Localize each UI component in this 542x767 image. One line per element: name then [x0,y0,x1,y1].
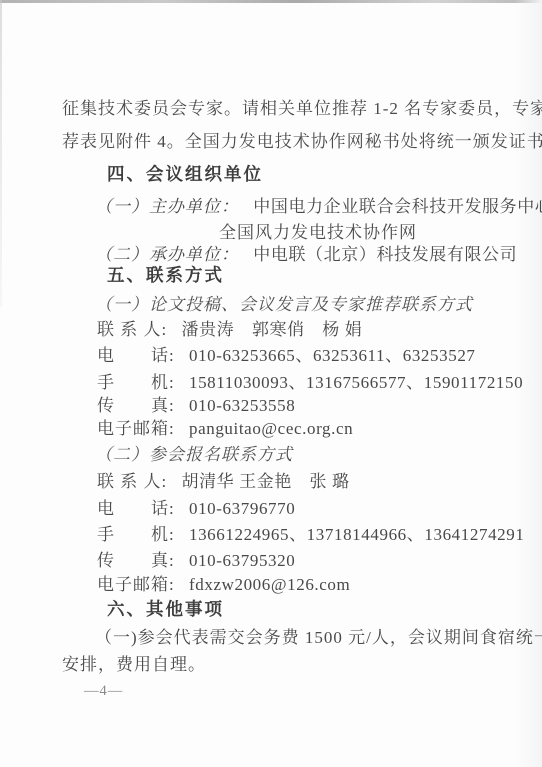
contact-row: 电子邮箱: fdxzw2006@126.com [97,570,350,595]
contact-row: 电子邮箱: panguitao@cec.org.cn [97,414,353,439]
section4-host-row: （一）主办单位： 中国电力企业联合会科技开发服务中心 [95,192,542,217]
contact-row: 联 系 人: 潘贵涛 郭寒俏 杨 娟 [97,315,362,340]
section5-heading: 五、联系方式 [107,262,224,287]
contact-label: 联 系 人: [97,315,167,340]
scan-edge-artifact [0,0,542,3]
section6-line-2: 安排，费用自理。 [62,650,206,675]
contact-value: 010-63795320 [189,551,295,571]
contact-row: 联 系 人: 胡清华 王金艳 张 璐 [97,467,350,492]
contact-value: 潘贵涛 郭寒俏 杨 娟 [181,315,362,340]
sub2-title: （二）参会报名联系方式 [95,440,293,465]
host-label: （一）主办单位： [95,192,239,217]
contact-row: 电 话: 010-63253665、63253611、63253527 [97,341,476,366]
organizer-value: 中电联（北京）科技发展有限公司 [253,240,517,265]
contact-label: 电子邮箱: [97,414,175,439]
contact-value: 010-63253558 [189,396,295,416]
scanned-document-page: 征集技术委员会专家。请相关单位推荐 1-2 名专家委员，专家推 荐表见附件 4。… [0,0,542,767]
host-value: 中国电力企业联合会科技开发服务中心 [253,192,542,217]
contact-label: 电 话: [97,341,175,366]
contact-value: 010-63253665、63253611、63253527 [189,341,476,366]
contact-value: fdxzw2006@126.com [189,575,350,595]
contact-row: 手 机: 15811030093、13167566577、15901172150 [97,368,523,393]
page-number: —4— [84,683,123,700]
contact-value: panguitao@cec.org.cn [189,419,353,439]
contact-row: 电 话: 010-63796770 [97,494,295,519]
contact-value: 010-63796770 [189,499,295,519]
contact-row: 传 真: 010-63253558 [97,391,295,416]
contact-value: 13661224965、13718144966、13641274291 [189,520,525,545]
contact-label: 手 机: [97,368,175,393]
contact-row: 传 真: 010-63795320 [97,546,295,571]
contact-value: 15811030093、13167566577、15901172150 [189,368,523,393]
section6-heading: 六、其他事项 [107,596,224,621]
scan-edge-artifact [0,0,2,307]
section6-line-1: （一)参会代表需交会务费 1500 元/人，会议期间食宿统一 [95,623,542,648]
contact-row: 手 机: 13661224965、13718144966、13641274291 [97,520,524,545]
intro-line-2: 荐表见附件 4。全国力发电技术协作网秘书处将统一颁发证书。 [62,127,542,152]
section4-heading: 四、会议组织单位 [107,161,263,186]
sub1-title: （一）论文投稿、会议发言及专家推荐联系方式 [95,290,473,315]
contact-label: 联 系 人: [97,467,167,492]
contact-label: 传 真: [97,546,175,571]
contact-value: 胡清华 王金艳 张 璐 [181,467,349,492]
contact-label: 手 机: [97,520,175,545]
contact-label: 电子邮箱: [97,570,175,595]
contact-label: 传 真: [97,391,175,416]
contact-label: 电 话: [97,494,175,519]
intro-line-1: 征集技术委员会专家。请相关单位推荐 1-2 名专家委员，专家推 [62,94,542,119]
